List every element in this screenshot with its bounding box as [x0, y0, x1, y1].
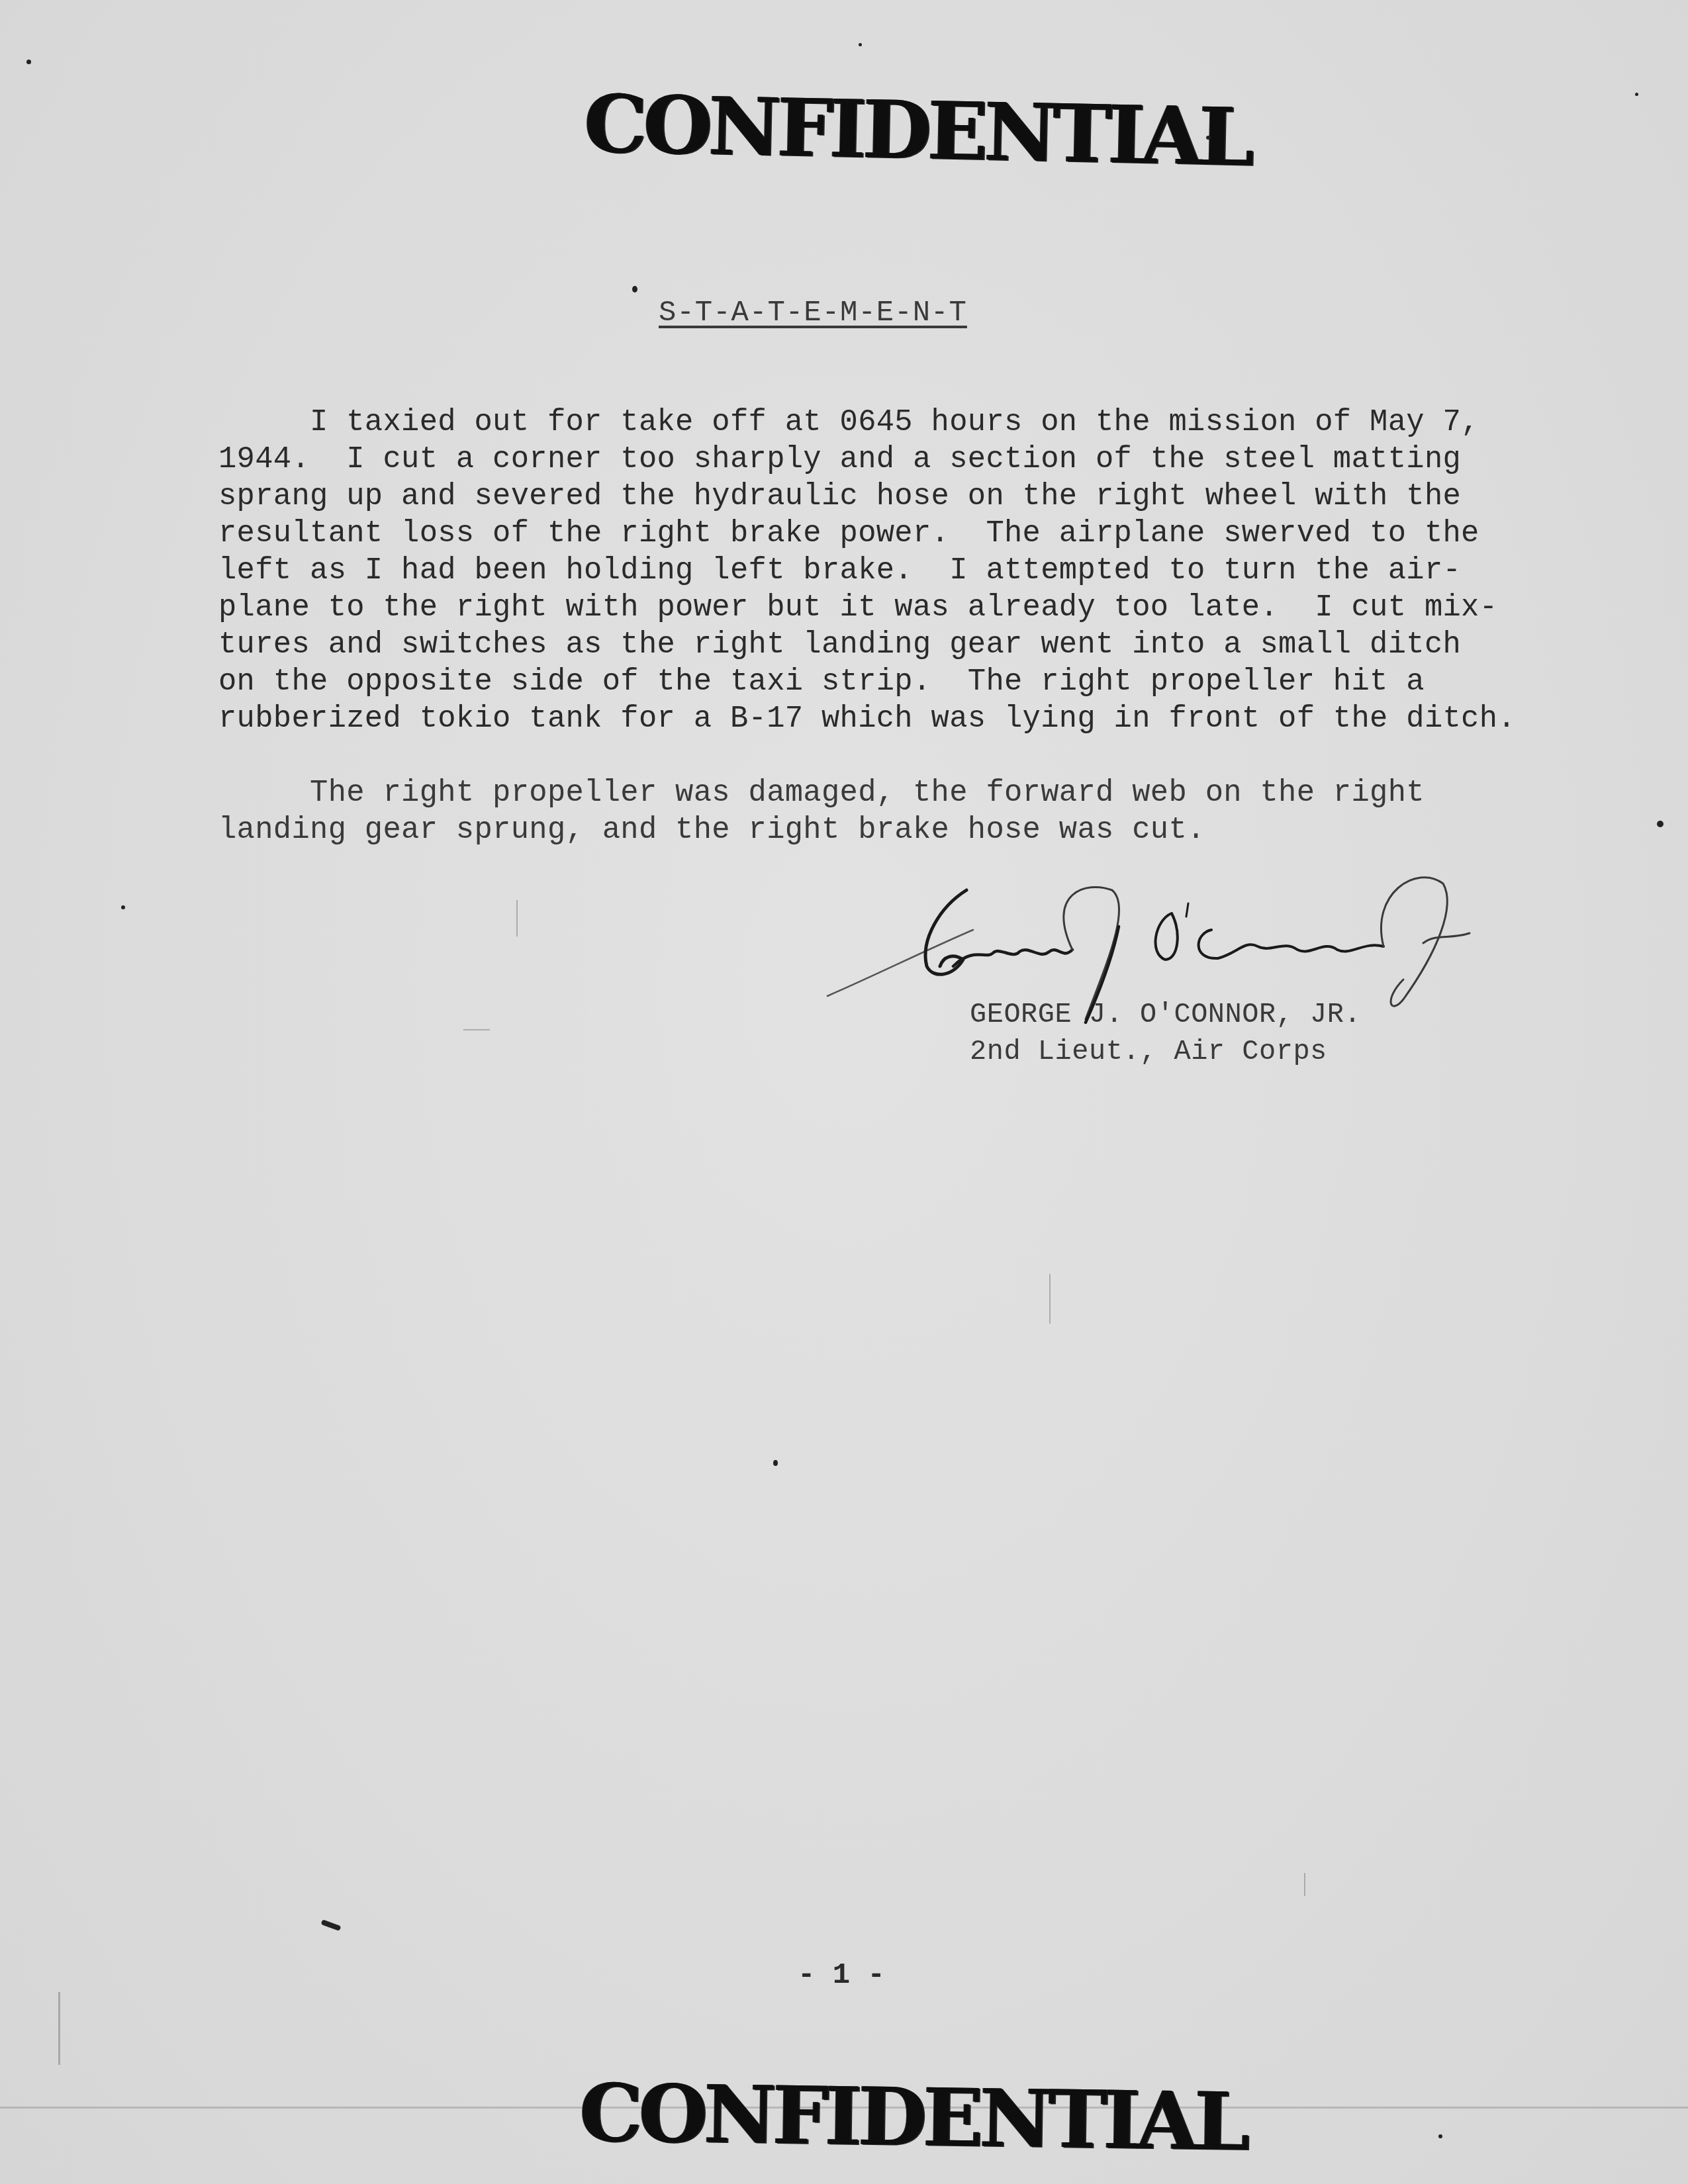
paragraph-line: The right propeller was damaged, the for…	[218, 774, 1425, 811]
statement-paragraph-1: I taxied out for take off at 0645 hours …	[218, 404, 1536, 737]
paragraph-line: landing gear sprung, and the right brake…	[218, 811, 1425, 848]
scan-speck	[1438, 2134, 1442, 2138]
paragraph-line: tures and switches as the right landing …	[218, 626, 1536, 663]
scan-speck	[321, 1919, 342, 1931]
paragraph-line: resultant loss of the right brake power.…	[218, 515, 1536, 552]
scan-speck	[26, 60, 31, 64]
paragraph-line: left as I had been holding left brake. I…	[218, 552, 1536, 589]
paragraph-line: sprang up and severed the hydraulic hose…	[218, 478, 1536, 515]
classification-stamp-top: CONFIDENTIAL	[583, 84, 1251, 177]
scan-speck	[1635, 93, 1638, 96]
paragraph-line: rubberized tokio tank for a B-17 which w…	[218, 700, 1536, 737]
paragraph-line: I taxied out for take off at 0645 hours …	[218, 404, 1536, 441]
scan-speck	[859, 43, 862, 46]
rank-title: 2nd Lieut., Air Corps	[970, 1033, 1361, 1070]
classification-stamp-bottom: CONFIDENTIAL	[579, 2073, 1246, 2162]
signature-block: GEORGE J. O'CONNOR, JR. 2nd Lieut., Air …	[970, 996, 1361, 1070]
page-number: - 1 -	[798, 1959, 885, 1992]
scan-mark	[1049, 1274, 1051, 1324]
scan-mark	[516, 900, 518, 936]
scan-mark	[1304, 1873, 1305, 1896]
scan-speck	[1657, 821, 1664, 827]
scan-mark	[58, 1992, 60, 2065]
scan-speck	[1206, 136, 1211, 140]
paragraph-line: on the opposite side of the taxi strip. …	[218, 663, 1536, 700]
scan-speck	[773, 1460, 778, 1466]
paragraph-line: plane to the right with power but it was…	[218, 589, 1536, 626]
statement-title: S-T-A-T-E-M-E-N-T	[659, 296, 967, 330]
scan-speck	[121, 905, 125, 909]
statement-paragraph-2: The right propeller was damaged, the for…	[218, 774, 1425, 848]
paragraph-line: 1944. I cut a corner too sharply and a s…	[218, 441, 1536, 478]
typed-name: GEORGE J. O'CONNOR, JR.	[970, 996, 1361, 1033]
scan-mark	[463, 1029, 490, 1030]
scan-speck	[632, 286, 637, 293]
scanned-page: CONFIDENTIAL S-T-A-T-E-M-E-N-T I taxied …	[0, 0, 1688, 2184]
